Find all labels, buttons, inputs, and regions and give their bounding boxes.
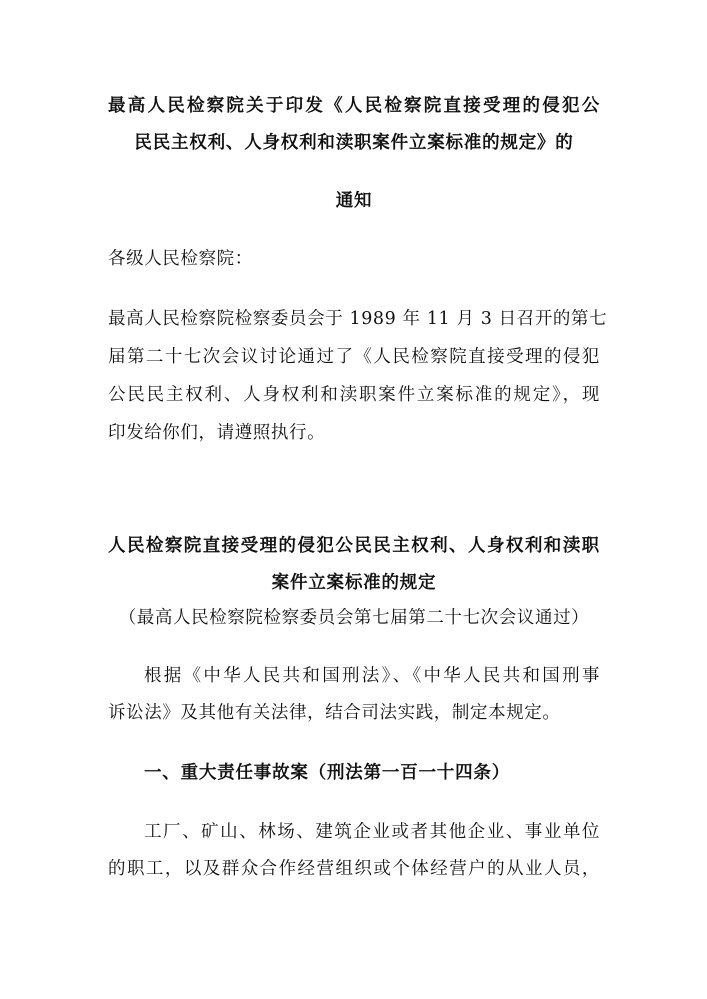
- salutation: 各级人民检察院：: [108, 247, 600, 271]
- notice-body-line-2: 届第二十七次会议讨论通过了《人民检察院直接受理的侵犯: [108, 345, 600, 369]
- notice-body-line-3: 公民民主权利、人身权利和渎职案件立案标准的规定》，现: [108, 383, 600, 407]
- preamble-line-2: 诉讼法》及其他有关法律，结合司法实践，制定本规定。: [108, 701, 600, 725]
- notice-body-line-4: 印发给你们，请遵照执行。: [108, 421, 600, 445]
- notice-body-line-1: 最高人民检察院检察委员会于 1989 年 11 月 3 日召开的第七: [108, 307, 600, 331]
- document-title-line-2: 民民主权利、人身权利和渎职案件立案标准的规定》的: [108, 131, 600, 155]
- section-1-heading: 一、重大责任事故案（刑法第一百一十四条）: [108, 761, 600, 785]
- document-title-line-1: 最高人民检察院关于印发《人民检察院直接受理的侵犯公: [108, 94, 600, 118]
- document-title-line-3: 通知: [108, 189, 600, 213]
- preamble-line-1: 根据《中华人民共和国刑法》、《中华人民共和国刑事: [108, 664, 600, 688]
- section-1-body-line-1: 工厂、矿山、林场、建筑企业或者其他企业、事业单位: [108, 820, 600, 844]
- regulation-title-line-1: 人民检察院直接受理的侵犯公民民主权利、人身权利和渎职: [108, 534, 600, 558]
- regulation-title-line-2: 案件立案标准的规定: [108, 571, 600, 595]
- section-1-body-line-2: 的职工，以及群众合作经营组织或个体经营户的从业人员，: [108, 857, 600, 881]
- regulation-subtitle: （最高人民检察院检察委员会第七届第二十七次会议通过）: [104, 606, 604, 630]
